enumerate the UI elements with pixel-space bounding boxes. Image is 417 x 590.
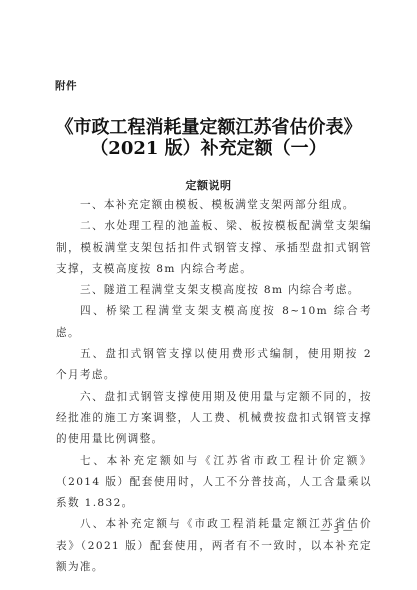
- section-heading: 定额说明: [0, 177, 417, 193]
- document-body: 一、本补充定额由模板、模板满堂支架两部分组成。 二、水处理工程的池盖板、梁、板按…: [56, 195, 372, 578]
- paragraph-7: 七、本补充定额如与《江苏省市政工程计价定额》（2014 版）配套使用时，人工不分…: [56, 451, 372, 515]
- page-number: — 3 —: [320, 525, 353, 536]
- paragraph-4: 四、桥梁工程满堂支架支模高度按 8~10m 综合考虑。: [56, 301, 372, 344]
- document-title-line-2: （2021 版）补充定额（一）: [0, 134, 417, 160]
- paragraph-5: 五、盘扣式钢管支撑以使用费形式编制，使用期按 2 个月考虑。: [56, 344, 372, 387]
- document-page: 附件 《市政工程消耗量定额江苏省估价表》 （2021 版）补充定额（一） 定额说…: [0, 0, 417, 590]
- paragraph-2: 二、水处理工程的池盖板、梁、板按模板配满堂支架编制，模板满堂支架包括扣件式钢管支…: [56, 216, 372, 280]
- paragraph-1: 一、本补充定额由模板、模板满堂支架两部分组成。: [56, 195, 372, 216]
- attachment-label: 附件: [55, 78, 77, 93]
- paragraph-6: 六、盘扣式钢管支撑使用期及使用量与定额不同的，按经批准的施工方案调整，人工费、机…: [56, 387, 372, 451]
- paragraph-3: 三、隧道工程满堂支架支模高度按 8m 内综合考虑。: [56, 280, 372, 301]
